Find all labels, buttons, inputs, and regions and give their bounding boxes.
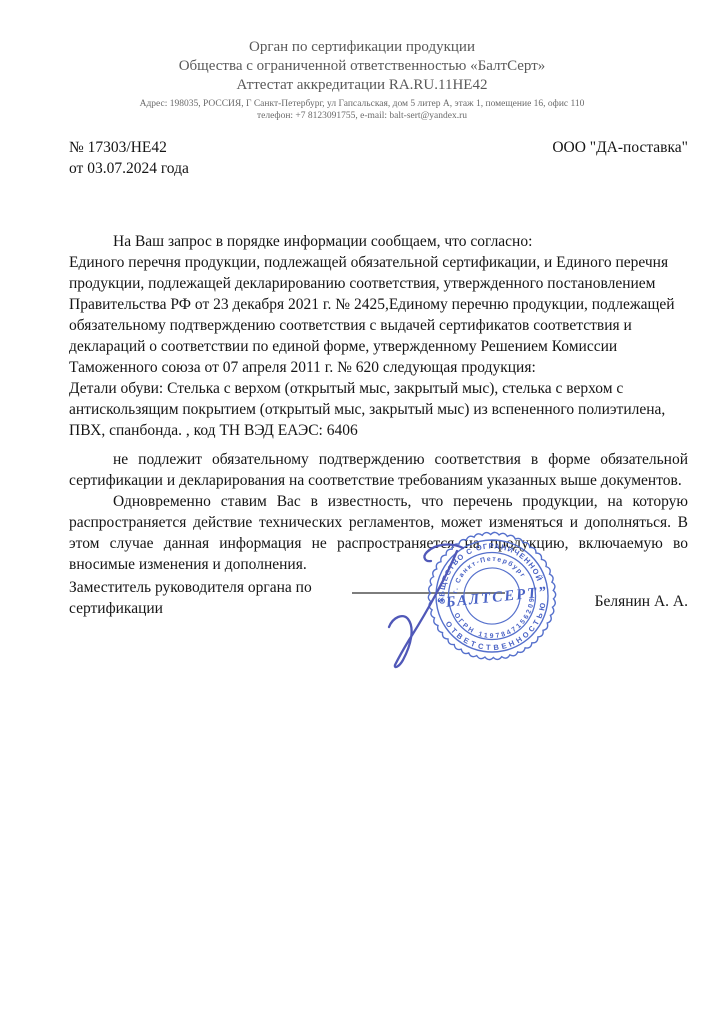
signer-name: Белянин А. А. bbox=[595, 591, 688, 619]
paragraph-product: Детали обуви: Стелька с верхом (открытый… bbox=[69, 378, 688, 441]
letterhead: Орган по сертификации продукции Общества… bbox=[0, 38, 724, 122]
letterhead-phone-email: телефон: +7 8123091755, e-mail: balt-ser… bbox=[0, 110, 724, 122]
signer-job-title: Заместитель руководителя органа по серти… bbox=[69, 577, 354, 619]
letter-date: от 03.07.2024 года bbox=[69, 158, 688, 179]
letterhead-line3: Аттестат аккредитации RA.RU.11НЕ42 bbox=[0, 76, 724, 95]
letter-document: Орган по сертификации продукции Общества… bbox=[0, 0, 724, 1024]
paragraph-intro: На Ваш запрос в порядке информации сообщ… bbox=[69, 231, 688, 252]
paragraph-conclusion: не подлежит обязательному подтверждению … bbox=[69, 449, 688, 491]
letterhead-contacts-block: Адрес: 198035, РОССИЯ, Г Санкт-Петербург… bbox=[0, 98, 724, 122]
letter-recipient: ООО "ДА-поставка" bbox=[552, 137, 688, 158]
letterhead-address: Адрес: 198035, РОССИЯ, Г Санкт-Петербург… bbox=[0, 98, 724, 110]
letterhead-line1: Орган по сертификации продукции bbox=[0, 38, 724, 57]
paragraph-regulations: Единого перечня продукции, подлежащей об… bbox=[69, 252, 688, 378]
company-stamp: ОБЩЕСТВО С ОГРАНИЧЕННОЙ ОТВЕТСТВЕННОСТЬЮ… bbox=[375, 520, 570, 670]
letter-meta: № 17303/НЕ42 от 03.07.2024 года ООО "ДА-… bbox=[69, 137, 688, 179]
letterhead-line2: Общества с ограниченной ответственностью… bbox=[0, 57, 724, 76]
stamp-group: ОБЩЕСТВО С ОГРАНИЧЕННОЙ ОТВЕТСТВЕННОСТЬЮ… bbox=[416, 520, 568, 670]
